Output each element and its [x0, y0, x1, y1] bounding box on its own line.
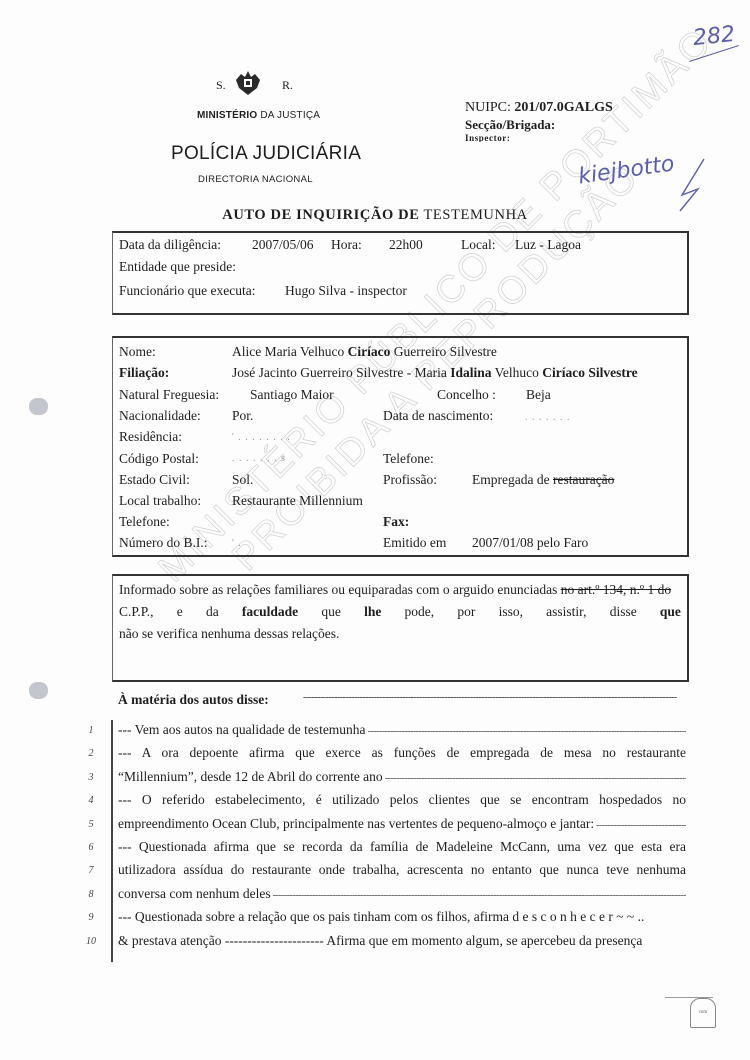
witness-box: Nome: Alice Maria Velhuco Ciríaco Guerre…: [112, 336, 689, 557]
bi-label: Número do B.I.:: [119, 535, 208, 551]
profession-value: Empregada de restauração: [472, 472, 614, 488]
word: e: [177, 601, 183, 623]
heading-dash-leader: ----------------------------------------…: [303, 692, 688, 706]
filiation-part: José Jacinto Guerreiro Silvestre - Maria: [232, 365, 450, 380]
filiation-label: Filiação:: [119, 365, 169, 381]
word-bold: que: [660, 601, 681, 623]
parish-label: Natural Freguesia:: [119, 387, 219, 403]
word: C.P.P.,: [119, 601, 154, 623]
relations-box: Informado sobre as relações familiares o…: [112, 574, 689, 682]
civil-label: Estado Civil:: [119, 472, 190, 488]
narrative-text: utilizadora assídua do restaurante onde …: [118, 862, 686, 877]
word-bold: faculdade: [242, 601, 298, 623]
sr-right: R.: [282, 78, 293, 93]
ministry-name: MINISTÉRIO DA JUSTIÇA: [197, 110, 320, 121]
filiation-part-bold: Idalina: [450, 365, 491, 380]
workplace-value: Restaurante Millennium: [232, 493, 363, 509]
inspector-label: Inspector:: [465, 133, 511, 142]
nationality-label: Nacionalidade:: [119, 408, 201, 424]
residence-label: Residência:: [119, 429, 182, 445]
name-part-bold: Ciríaco: [348, 344, 391, 359]
narrative-line: --- Vem aos autos na qualidade de testem…: [118, 722, 686, 738]
official-label: Funcionário que executa:: [119, 283, 255, 299]
directorate-name: DIRECTORIA NACIONAL: [198, 174, 313, 185]
narrative-text: conversa com nenhum deles: [118, 886, 271, 901]
time-label: Hora:: [331, 237, 362, 253]
dash-leader: ----------------------------------------…: [271, 890, 686, 901]
ministry-rest: DA JUSTIÇA: [257, 110, 320, 121]
signature: kiejbotto: [577, 151, 676, 189]
council-label: Concelho :: [437, 387, 496, 403]
narrative-line: & prestava atenção ---------------------…: [118, 933, 686, 949]
line-number: 1: [84, 725, 98, 736]
relations-line-3: não se verifica nenhuma dessas relações.: [119, 623, 681, 645]
nationality-value: Por.: [232, 408, 253, 424]
narrative-text: & prestava atenção ---------------------…: [118, 933, 642, 948]
line-number: 2: [84, 748, 98, 759]
narrative-text: --- Questionada sobre a relação que os p…: [118, 909, 644, 924]
phone-label: Telefone:: [383, 451, 434, 467]
line-number: 8: [84, 889, 98, 900]
dash-leader: ----------------------------------------…: [594, 820, 686, 831]
line-number: 3: [84, 772, 98, 783]
line-number: 9: [84, 912, 98, 923]
word: por: [457, 601, 475, 623]
narrative-line: --- A ora depoente afirma que exerce as …: [118, 745, 686, 761]
sr-left: S.: [216, 78, 226, 93]
narrative-text: --- Vem aos autos na qualidade de testem…: [118, 722, 366, 737]
stamp: cnm: [690, 998, 716, 1028]
diligence-box: Data da diligência: 2007/05/06 Hora: 22h…: [112, 231, 689, 315]
name-value: Alice Maria Velhuco Ciríaco Guerreiro Si…: [232, 344, 497, 360]
narrative-margin-rule: [111, 720, 113, 962]
narrative-text: --- O referido estabelecimento, é utiliz…: [118, 792, 686, 807]
name-label: Nome:: [119, 344, 156, 360]
relations-line-2: C.P.P., e da faculdade que lhe pode, por…: [119, 601, 681, 623]
narrative-text: --- A ora depoente afirma que exerce as …: [118, 745, 686, 760]
narrative-text: --- Questionada afirma que se recorda da…: [118, 839, 686, 854]
issued-label: Emitido em: [383, 535, 446, 551]
civil-value: Sol.: [232, 472, 253, 488]
title-rest: TESTEMUNHA: [419, 207, 527, 223]
work-phone-label: Telefone:: [119, 514, 170, 530]
narrative-line: conversa com nenhum deles --------------…: [118, 886, 686, 902]
relations-text-struck: no art.º 134, n.º 1 do: [561, 582, 671, 597]
place-label: Local:: [461, 237, 495, 253]
profession-part-struck: restauração: [553, 472, 614, 487]
nuipc-label: NUIPC:: [465, 100, 514, 115]
document-title: AUTO DE INQUIRIÇÃO DE TESTEMUNHA: [0, 207, 750, 224]
parish-value: Santiago Maior: [250, 387, 334, 403]
profession-label: Profissão:: [383, 472, 437, 488]
narrative-line: empreendimento Ocean Club, principalment…: [118, 816, 686, 832]
postal-label: Código Postal:: [119, 451, 199, 467]
relations-text: Informado sobre as relações familiares o…: [119, 582, 561, 597]
birth-label: Data de nascimento:: [383, 408, 493, 424]
dash-leader: ----------------------------------------…: [383, 773, 686, 784]
word: da: [206, 601, 219, 623]
line-number: 10: [84, 936, 98, 947]
name-part: Guerreiro Silvestre: [390, 344, 496, 359]
narrative-line: --- Questionada sobre a relação que os p…: [118, 909, 686, 925]
dash-leader: ----------------------------------------…: [366, 726, 686, 737]
birth-redacted: . . . . . . .: [525, 412, 571, 423]
line-number: 6: [84, 842, 98, 853]
time-value: 22h00: [389, 237, 423, 253]
nuipc: NUIPC: 201/07.0GALGS: [465, 100, 613, 116]
date-label: Data da diligência:: [119, 237, 221, 253]
filiation-part: Velhuco: [491, 365, 542, 380]
filiation-part-bold: Ciríaco Silvestre: [542, 365, 637, 380]
word: pode,: [405, 601, 435, 623]
workplace-label: Local trabalho:: [119, 493, 201, 509]
place-value: Luz - Lagoa: [515, 237, 581, 253]
narrative-line: “Millennium”, desde 12 de Abril do corre…: [118, 769, 686, 785]
date-value: 2007/05/06: [252, 237, 314, 253]
council-value: Beja: [526, 387, 551, 403]
word: que: [321, 601, 341, 623]
line-number: 4: [84, 795, 98, 806]
nuipc-value: 201/07.0GALGS: [514, 100, 612, 115]
punch-hole: [29, 682, 48, 699]
coat-of-arms-icon: [233, 68, 263, 98]
line-number: 7: [84, 865, 98, 876]
narrative-line: --- O referido estabelecimento, é utiliz…: [118, 792, 686, 808]
relations-line-1: Informado sobre as relações familiares o…: [119, 579, 681, 601]
postal-redacted: . . . . . . . s: [232, 453, 286, 464]
residence-redacted: ' . . . . . . . .: [232, 432, 291, 443]
fax-label: Fax:: [383, 514, 409, 530]
official-value: Hugo Silva - inspector: [285, 283, 407, 299]
word: isso,: [499, 601, 523, 623]
narrative-line: --- Questionada afirma que se recorda da…: [118, 839, 686, 855]
word: assistir,: [546, 601, 586, 623]
seccao-label: Secção/Brigada:: [465, 117, 555, 133]
line-number: 5: [84, 819, 98, 830]
filiation-value: José Jacinto Guerreiro Silvestre - Maria…: [232, 365, 638, 381]
word: disse: [610, 601, 637, 623]
profession-part: Empregada de: [472, 472, 553, 487]
narrative-text: empreendimento Ocean Club, principalment…: [118, 816, 594, 831]
punch-hole: [29, 398, 48, 415]
agency-name: POLÍCIA JUDICIÁRIA: [171, 143, 361, 165]
narrative-line: utilizadora assídua do restaurante onde …: [118, 862, 686, 878]
entity-label: Entidade que preside:: [119, 259, 236, 275]
title-bold: AUTO DE INQUIRIÇÃO DE: [222, 207, 419, 223]
name-part: Alice Maria Velhuco: [232, 344, 348, 359]
bi-redacted: ' .: [232, 538, 242, 549]
word-bold: lhe: [364, 601, 381, 623]
narrative-text: “Millennium”, desde 12 de Abril do corre…: [118, 769, 383, 784]
ministry-bold: MINISTÉRIO: [197, 110, 257, 121]
issued-value: 2007/01/08 pelo Faro: [472, 535, 588, 551]
narrative-heading: À matéria dos autos disse:: [118, 692, 269, 708]
signature-flourish-icon: [672, 155, 712, 215]
